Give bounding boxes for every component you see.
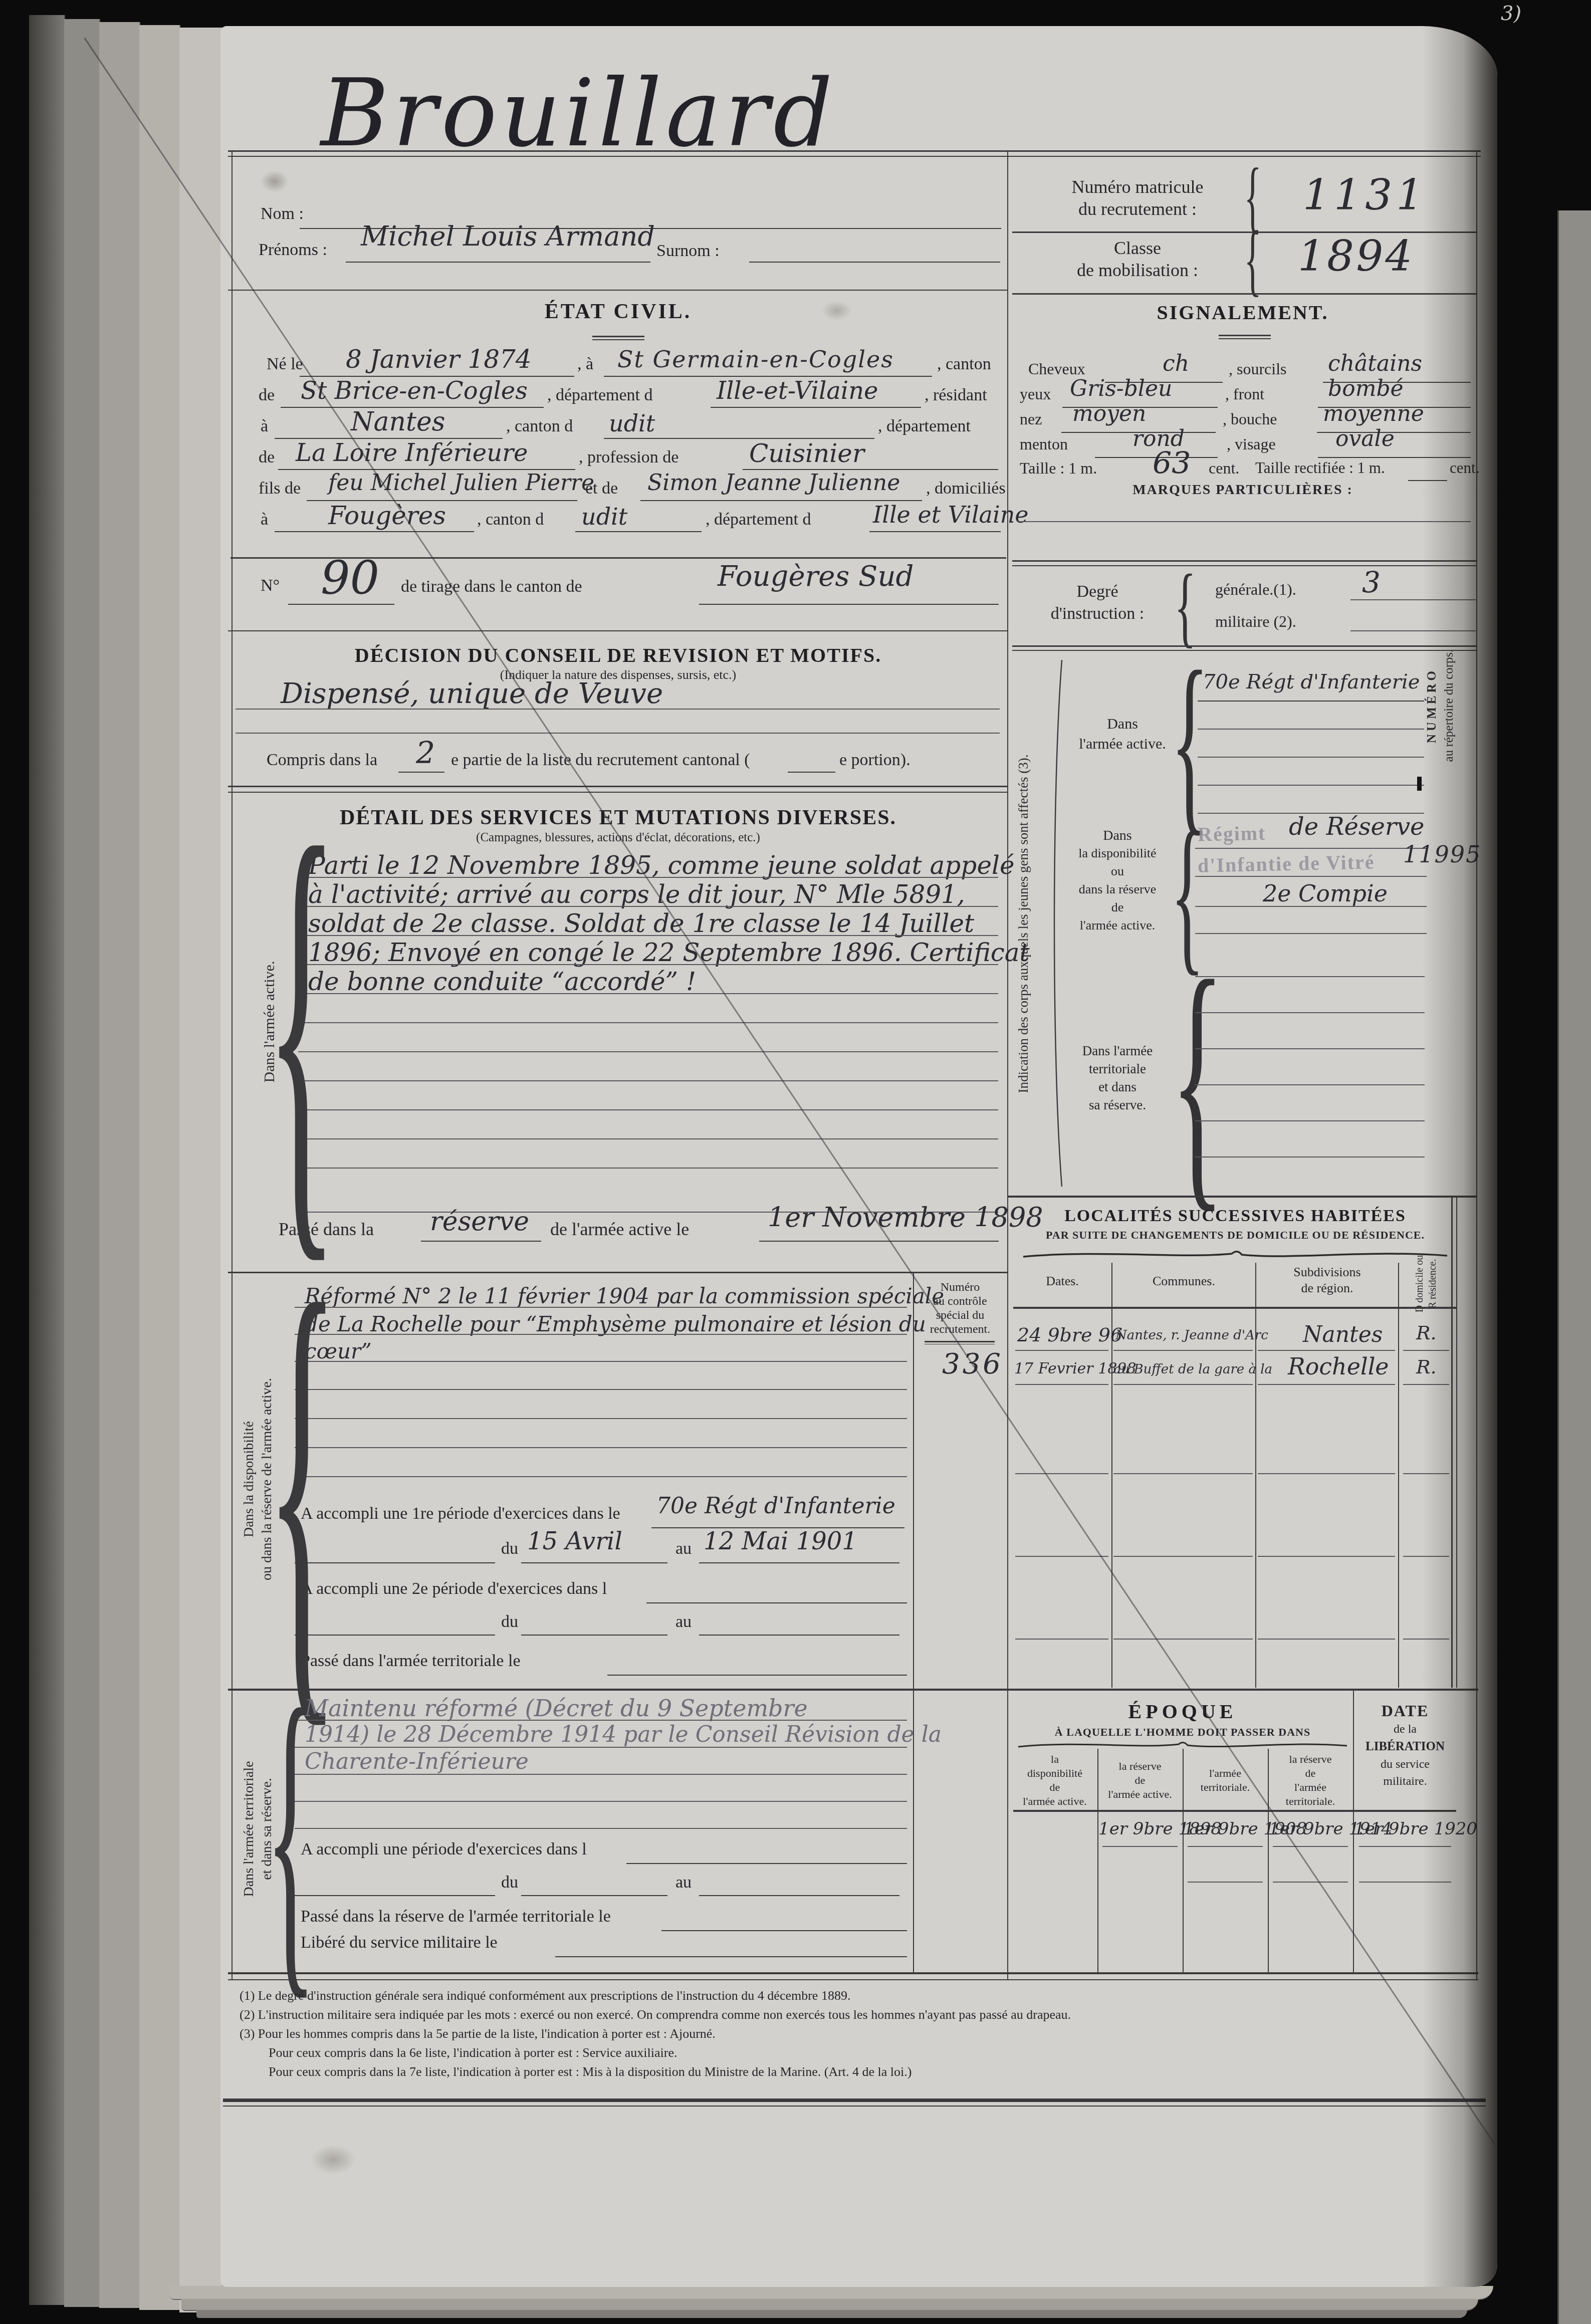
epoque-col4-header: l'armée	[1269, 1781, 1352, 1794]
passe-reserve-value-1: réserve	[430, 1207, 529, 1237]
de-label: de	[259, 386, 275, 405]
numero-corps-value: 11995	[1403, 841, 1481, 868]
services-title: DÉTAIL DES SERVICES ET MUTATIONS DIVERSE…	[228, 806, 1008, 830]
bouche-label: , bouche	[1223, 410, 1277, 428]
title-rule	[592, 336, 644, 337]
corps-dispo-label-line: de	[1067, 900, 1168, 915]
epoque-col2-header: la réserve	[1098, 1760, 1182, 1773]
date-col-header: de la	[1354, 1723, 1456, 1736]
title-rule	[1219, 338, 1271, 339]
field-line	[759, 1241, 999, 1242]
au-label: au	[675, 1539, 692, 1558]
periode-terr-label: A accompli une période d'exercices dans …	[301, 1840, 587, 1859]
row-line	[1015, 1350, 1108, 1351]
controle-label: recrutement.	[913, 1323, 1007, 1336]
section-rule	[228, 792, 1007, 793]
blank-line	[236, 733, 1000, 734]
au-label: au	[675, 1612, 692, 1632]
border-bottom-1	[228, 1972, 1478, 1974]
ruled-line	[295, 1361, 907, 1362]
ruled-line	[295, 1476, 907, 1477]
tirage-canton-value: Fougères Sud	[718, 560, 914, 593]
classe-label-1: Classe	[1022, 238, 1253, 259]
localites-col-divider	[1255, 1263, 1256, 1688]
epoque-col1-header: l'armée active.	[1013, 1795, 1096, 1808]
repertoire-tick	[1417, 777, 1422, 791]
generale-value: 3	[1362, 565, 1381, 599]
ruled-line	[295, 1801, 907, 1802]
field-line	[711, 407, 921, 408]
nez-label: nez	[1020, 410, 1042, 428]
field-line	[1198, 701, 1424, 702]
mother-value: Simon Jeanne Julienne	[647, 470, 900, 496]
row-line	[1258, 1384, 1395, 1385]
row-line	[1015, 1556, 1108, 1557]
de2-label: de	[259, 448, 275, 467]
controle-column-divider	[913, 1272, 914, 1972]
degre-rule	[1012, 650, 1477, 651]
ruled-line	[1195, 1120, 1425, 1121]
footer-rule-1	[223, 2099, 1486, 2102]
ruled-line	[295, 1334, 907, 1335]
prenoms-label: Prénoms :	[259, 241, 327, 260]
field-line	[295, 1895, 495, 1896]
corps-dispo-label-line: la disponibilité	[1067, 846, 1168, 861]
marques-label: MARQUES PARTICULIÈRES :	[1008, 482, 1477, 498]
field-line	[1408, 480, 1447, 481]
libere-label: Libéré du service militaire le	[301, 1933, 498, 1952]
generale-label: générale.(1).	[1215, 580, 1296, 599]
sourcils-value: châtains	[1328, 351, 1422, 376]
value-line	[1359, 1846, 1451, 1847]
ruled-line	[1198, 757, 1424, 758]
ruled-line	[1017, 521, 1471, 522]
services-entry-line: à l'activité; arrivé au corps le dit jou…	[308, 880, 965, 909]
cent-label: cent.	[1209, 459, 1239, 478]
title-rule	[592, 339, 644, 340]
row-line	[1403, 1384, 1449, 1385]
front-label: , front	[1225, 385, 1264, 403]
ruled-line	[298, 993, 998, 994]
nom-label: Nom :	[261, 204, 304, 223]
date-col-header: militaire.	[1354, 1775, 1456, 1788]
front-value: bombé	[1328, 376, 1404, 401]
taille-label: Taille : 1 m.	[1020, 459, 1097, 478]
ruled-line	[1195, 976, 1425, 977]
controle-label: Numéro	[913, 1281, 1007, 1294]
ruled-line	[1195, 1048, 1425, 1049]
value-line	[1188, 1846, 1263, 1847]
date-col-header: du service	[1354, 1758, 1456, 1771]
ruled-line	[295, 1720, 907, 1721]
divider-center	[1007, 150, 1008, 1979]
field-line	[699, 604, 999, 605]
field-line	[788, 772, 835, 773]
decision-title: DÉCISION DU CONSEIL DE REVISION ET MOTIF…	[228, 643, 1008, 667]
degre-label-2: d'instruction :	[1022, 604, 1173, 623]
col-header-communes: Communes.	[1112, 1274, 1255, 1289]
degre-rule	[1012, 645, 1477, 647]
ruled-line	[298, 877, 998, 878]
brace-icon: {	[1239, 228, 1266, 291]
section-rule	[228, 1689, 1478, 1691]
ruled-line	[298, 1109, 998, 1110]
ruled-line	[1195, 1156, 1425, 1157]
row-line	[1015, 1639, 1108, 1640]
epoque-col4-header: de	[1269, 1767, 1352, 1780]
classe-label-2: de mobilisation :	[1022, 260, 1253, 281]
scanned-register-page: 3) Brouillard Nom : Prénoms : Michel Lou…	[0, 0, 1591, 2324]
du-label: du	[501, 1539, 518, 1558]
row-line	[1113, 1350, 1253, 1351]
localite-commune: au Buffet de la gare à la	[1113, 1362, 1272, 1377]
matricule-label-1: Numéro matricule	[1022, 176, 1253, 197]
corps-bottom-rule	[1008, 1196, 1477, 1198]
row-line	[1258, 1639, 1395, 1640]
birth-date-value: 8 Janvier 1874	[346, 345, 532, 374]
epoque-value-territoriale: 1er 9bre 1908	[1184, 1819, 1267, 1839]
regiment-stamp-line-1: Régimt	[1198, 821, 1266, 846]
surnom-label: Surnom :	[656, 242, 720, 261]
brace-icon: {	[266, 1288, 296, 1681]
classe-value: 1894	[1298, 231, 1414, 281]
localite-subdivision: Rochelle	[1288, 1353, 1389, 1380]
form-content: Brouillard Nom : Prénoms : Michel Louis …	[0, 0, 1591, 2324]
tirage-label: de tirage dans le canton de	[401, 577, 582, 596]
ruled-line	[1195, 933, 1427, 934]
field-line	[521, 1635, 667, 1636]
au-label: au	[675, 1873, 692, 1892]
ruled-line	[295, 1774, 907, 1775]
section-rule	[228, 786, 1007, 787]
dr-header-line: R résidence.	[1426, 1239, 1439, 1329]
footnote: (2) L'instruction militaire sera indiqué…	[240, 2007, 1071, 2022]
ruled-line	[298, 1080, 998, 1081]
maintenu-line: 1914) le 28 Décembre 1914 par le Conseil…	[305, 1722, 942, 1747]
localite-dr: R.	[1416, 1322, 1437, 1344]
side-label-indication-corps: Indication des corps auxquels les jeunes…	[1016, 636, 1031, 1212]
epoque-col3-header: l'armée	[1184, 1767, 1267, 1780]
epoque-col4-header: la réserve	[1269, 1753, 1352, 1766]
classe-line	[1012, 293, 1476, 295]
ruled-line	[295, 1307, 907, 1308]
corps-dispo-label-line: dans la réserve	[1067, 882, 1168, 897]
field-line	[607, 1675, 907, 1676]
dr-header-line: D domicile ou	[1413, 1239, 1426, 1329]
brace-icon: {	[266, 1701, 296, 1964]
profession-value: Cuisinier	[749, 439, 864, 468]
du-label: du	[501, 1612, 518, 1632]
field-line	[699, 1562, 899, 1563]
matricule-value: 1131	[1303, 170, 1427, 220]
corps-terr-label-line: et dans	[1062, 1079, 1173, 1095]
departement-value: Ille-et-Vilaine	[717, 377, 878, 405]
localite-subdivision: Nantes	[1303, 1322, 1383, 1347]
field-line	[521, 1562, 667, 1563]
field-line	[275, 531, 474, 532]
epoque-col1-header: de	[1013, 1781, 1096, 1794]
side-label-line: Dans l'armée territoriale	[240, 1714, 258, 1944]
profession-label: , profession de	[579, 448, 678, 467]
localites-header-rule	[1013, 1307, 1456, 1309]
canton3-value: udit	[581, 503, 627, 530]
periode2-label: A accompli une 2e période d'exercices da…	[301, 1579, 607, 1598]
epoque-col2-header: l'armée active.	[1098, 1788, 1182, 1801]
canton3-label: , canton d	[477, 510, 544, 529]
date-col-header: LIBÉRATION	[1354, 1740, 1456, 1754]
etat-civil-title: ÉTAT CIVIL.	[228, 300, 1008, 324]
localites-flourish	[1022, 1249, 1448, 1262]
title-rule	[1219, 335, 1271, 336]
brace-icon: {	[266, 832, 296, 1218]
epoque-col1-header: disponibilité	[1013, 1767, 1096, 1780]
corps-dispo-label-line: ou	[1067, 864, 1168, 879]
col-header-dates: Dates.	[1013, 1274, 1111, 1289]
canton2-value: udit	[609, 410, 655, 437]
ruled-line	[1195, 876, 1427, 877]
section-rule	[228, 1272, 1007, 1273]
row-line	[1015, 1473, 1108, 1474]
canton2-label: , canton d	[506, 417, 573, 436]
row-line	[1258, 1556, 1395, 1557]
passe-reserve-label-2: de l'armée active le	[550, 1219, 689, 1240]
compagnie-value: 2e Compie	[1263, 880, 1388, 907]
ruled-line	[1195, 906, 1427, 907]
footnote: Pour ceux compris dans la 6e liste, l'in…	[269, 2045, 677, 2060]
controle-rule	[925, 1341, 995, 1342]
border-bottom-2	[228, 1979, 1478, 1980]
departement2-label: , département	[878, 417, 971, 436]
side-label-line: Dans la disponibilité	[240, 1334, 258, 1624]
col-header-subdivisions: Subdivisions	[1256, 1265, 1398, 1280]
cent-label: cent.	[1450, 459, 1479, 477]
row-line	[1113, 1556, 1253, 1557]
degre-rule	[1012, 560, 1477, 562]
ruled-line	[295, 1389, 907, 1390]
localite-commune: Nantes, r. Jeanne d'Arc	[1115, 1328, 1268, 1343]
field-line	[555, 1956, 907, 1957]
reforme-line: de La Rochelle pour “Emphysème pulmonair…	[305, 1312, 926, 1336]
departement4-label: , département d	[706, 510, 811, 529]
epoque-col4-header: territoriale.	[1269, 1795, 1352, 1808]
footer-rule-2	[223, 2106, 1486, 2107]
numero-repertoire-line: NUMÉRO	[1424, 630, 1441, 781]
a2-label: à	[261, 417, 268, 436]
corps-active-value: 70e Régt d'Infanterie	[1203, 670, 1420, 693]
field-line	[288, 604, 394, 605]
domicile-value: Fougères	[328, 501, 446, 530]
epoque-col2-header: de	[1098, 1774, 1182, 1787]
degre-label-1: Degré	[1022, 582, 1173, 601]
epoque-value-reserve-active: 1er 9bre 1898	[1098, 1819, 1182, 1839]
father-value: feu Michel Julien Pierre	[328, 470, 594, 496]
value-line	[1188, 1882, 1263, 1883]
epoque-col1-header: la	[1013, 1753, 1096, 1766]
yeux-label: yeux	[1020, 385, 1051, 403]
departement4-value: Ille et Vilaine	[873, 501, 1029, 528]
epoque-title: ÉPOQUE	[1012, 1700, 1353, 1723]
passe-reserve-value-2: 1er Novembre 1898	[768, 1202, 1043, 1233]
field-line	[626, 1863, 907, 1864]
periode1-label: A accompli une 1re période d'exercices d…	[301, 1504, 620, 1523]
row-line	[1403, 1473, 1449, 1474]
regiment-value-hw: de Réserve	[1289, 813, 1424, 841]
controle-label: spécial du	[913, 1309, 1007, 1322]
row-line	[1258, 1350, 1395, 1351]
corps-active-label-1: Dans	[1067, 716, 1178, 733]
signalement-title: SIGNALEMENT.	[1008, 301, 1477, 324]
col-header-subdivisions-2: de région.	[1256, 1281, 1398, 1296]
brace-icon: {	[1171, 972, 1195, 1187]
ruled-line	[1195, 1084, 1425, 1085]
col-header-domicile-residence: D domicile ou R résidence.	[1413, 1239, 1439, 1329]
corps-terr-label-line: territoriale	[1062, 1061, 1173, 1077]
field-line	[661, 1930, 907, 1931]
ruled-line	[298, 1022, 998, 1023]
departement3-value: La Loire Inférieure	[296, 439, 528, 467]
taille-value: 63	[1153, 446, 1191, 481]
ruled-line	[298, 1051, 998, 1052]
row-line	[1113, 1473, 1253, 1474]
passe-reserve-terr-label: Passé dans la réserve de l'armée territo…	[301, 1907, 611, 1926]
compris-label-3: e portion).	[839, 751, 911, 770]
ruled-line	[1198, 785, 1424, 786]
visage-label: , visage	[1227, 435, 1276, 453]
border-right	[1476, 150, 1477, 1979]
du-label: du	[501, 1873, 518, 1892]
birth-place-value: St Germain-en-Cogles	[617, 346, 894, 373]
compris-value: 2	[416, 736, 435, 771]
reforme-line: Réformé N° 2 le 11 février 1904 par la c…	[305, 1284, 944, 1308]
surname-script: Brouillard	[321, 59, 837, 167]
field-line	[646, 1602, 907, 1603]
residence-value: Nantes	[351, 407, 445, 437]
value-line	[1273, 1846, 1348, 1847]
canton-label: , canton	[937, 355, 991, 374]
localites-right-border	[1456, 1197, 1457, 1688]
ruled-line	[1195, 1012, 1425, 1013]
section-rule	[228, 630, 1007, 631]
row-line	[1403, 1556, 1449, 1557]
localites-col-divider	[1398, 1263, 1399, 1688]
ruled-line	[1198, 729, 1424, 730]
fils-de-label: fils de	[259, 479, 301, 498]
localites-title: LOCALITÉS SUCCESSIVES HABITÉES	[1012, 1207, 1458, 1226]
ruled-line	[298, 1168, 998, 1169]
ruled-line	[298, 1138, 998, 1139]
ruled-line	[298, 935, 998, 936]
services-entry-line: de bonne conduite “accordé” !	[308, 967, 696, 996]
corps-dispo-label-line: Dans	[1067, 828, 1168, 844]
field-line	[1318, 457, 1471, 458]
epoque-subtitle: À LAQUELLE L'HOMME DOIT PASSER DANS	[1012, 1726, 1353, 1739]
ruled-line	[298, 964, 998, 965]
taille-rectifiee-label: Taille rectifiée : 1 m.	[1255, 459, 1385, 477]
matricule-label-2: du recrutement :	[1022, 198, 1253, 219]
value-line	[1359, 1882, 1451, 1883]
decision-value: Dispensé, unique de Veuve	[281, 677, 663, 710]
services-entry-line: Parti le 12 Novembre 1895, comme jeune s…	[308, 851, 1015, 880]
date-col-header: DATE	[1354, 1702, 1456, 1720]
degre-rule	[1012, 565, 1477, 566]
ruled-line	[295, 1418, 907, 1419]
border-left	[232, 150, 233, 1979]
surnom-line	[749, 262, 1000, 263]
blank-line	[236, 709, 1000, 710]
corps-dispo-label-line: l'armée active.	[1067, 918, 1168, 933]
value-line	[1273, 1882, 1348, 1883]
tirage-no-label: N°	[261, 576, 280, 595]
row-line	[1113, 1639, 1253, 1640]
field-line	[521, 1895, 667, 1896]
field-line	[1350, 599, 1476, 600]
militaire-label: militaire (2).	[1215, 612, 1296, 631]
field-line	[575, 531, 702, 532]
field-line	[421, 1241, 541, 1242]
services-entry-line: 1896; Envoyé en congé le 22 Septembre 18…	[308, 938, 1030, 967]
sourcils-label: , sourcils	[1229, 360, 1287, 378]
numero-repertoire-line: au répertoire du corps.	[1441, 630, 1458, 781]
et-de-label: et de	[585, 479, 618, 498]
bouche-value: moyenne	[1323, 401, 1424, 426]
field-line	[699, 1635, 899, 1636]
menton-label: menton	[1020, 435, 1068, 453]
footnote: Pour ceux compris dans la 7e liste, l'in…	[269, 2064, 912, 2079]
maintenu-line: Maintenu réformé (Décret du 9 Septembre	[305, 1695, 808, 1722]
value-line	[1102, 1846, 1178, 1847]
prenoms-line	[346, 262, 650, 263]
row-line	[1403, 1350, 1449, 1351]
nez-value: moyen	[1072, 401, 1146, 426]
services-entry-line: soldat de 2e classe. Soldat de 1re class…	[308, 909, 974, 938]
field-line	[398, 772, 444, 773]
field-line	[699, 1895, 899, 1896]
prenoms-value: Michel Louis Armand	[361, 220, 655, 252]
regiment-stamp-line-2: d'Infantie de Vitré	[1198, 850, 1375, 877]
periode1-au-value: 12 Mai 1901	[704, 1527, 857, 1555]
localite-date: 24 9bre 96	[1017, 1324, 1122, 1346]
footnote: (3) Pour les hommes compris dans la 5e p…	[240, 2026, 716, 2041]
localite-dr: R.	[1416, 1356, 1437, 1378]
visage-value: ovale	[1335, 426, 1395, 451]
epoque-header-rule	[1013, 1810, 1456, 1812]
canton-value: St Brice-en-Cogles	[301, 377, 528, 405]
localites-right-border	[1451, 1197, 1453, 1688]
residant-label: , résidant	[925, 386, 987, 405]
a-label: , à	[577, 355, 593, 374]
ruled-line	[1195, 848, 1427, 849]
tirage-no-value: 90	[321, 551, 379, 605]
cheveux-value: ch	[1163, 351, 1189, 376]
corps-active-label-2: l'armée active.	[1067, 736, 1178, 753]
periode1-du-value: 15 Avril	[527, 1527, 622, 1555]
periode1-value: 70e Régt d'Infanterie	[656, 1493, 895, 1519]
numero-repertoire-label: NUMÉRO au répertoire du corps.	[1424, 630, 1458, 781]
row-line	[1015, 1384, 1108, 1385]
yeux-value: Gris-bleu	[1070, 376, 1172, 401]
localites-subtitle: PAR SUITE DE CHANGEMENTS DE DOMICILE OU …	[1012, 1229, 1458, 1242]
corps-terr-label-line: Dans l'armée	[1062, 1043, 1173, 1059]
name-block-separator	[228, 290, 1007, 291]
compris-label-2: e partie de la liste du recrutement cant…	[451, 751, 750, 770]
field-line	[869, 531, 1001, 532]
a3-label: à	[261, 510, 268, 529]
ruled-line	[295, 1447, 907, 1448]
ruled-line	[298, 906, 998, 907]
maintenu-line: Charente-Inférieure	[305, 1749, 529, 1774]
ruled-line	[295, 1828, 907, 1829]
row-line	[1113, 1384, 1253, 1385]
